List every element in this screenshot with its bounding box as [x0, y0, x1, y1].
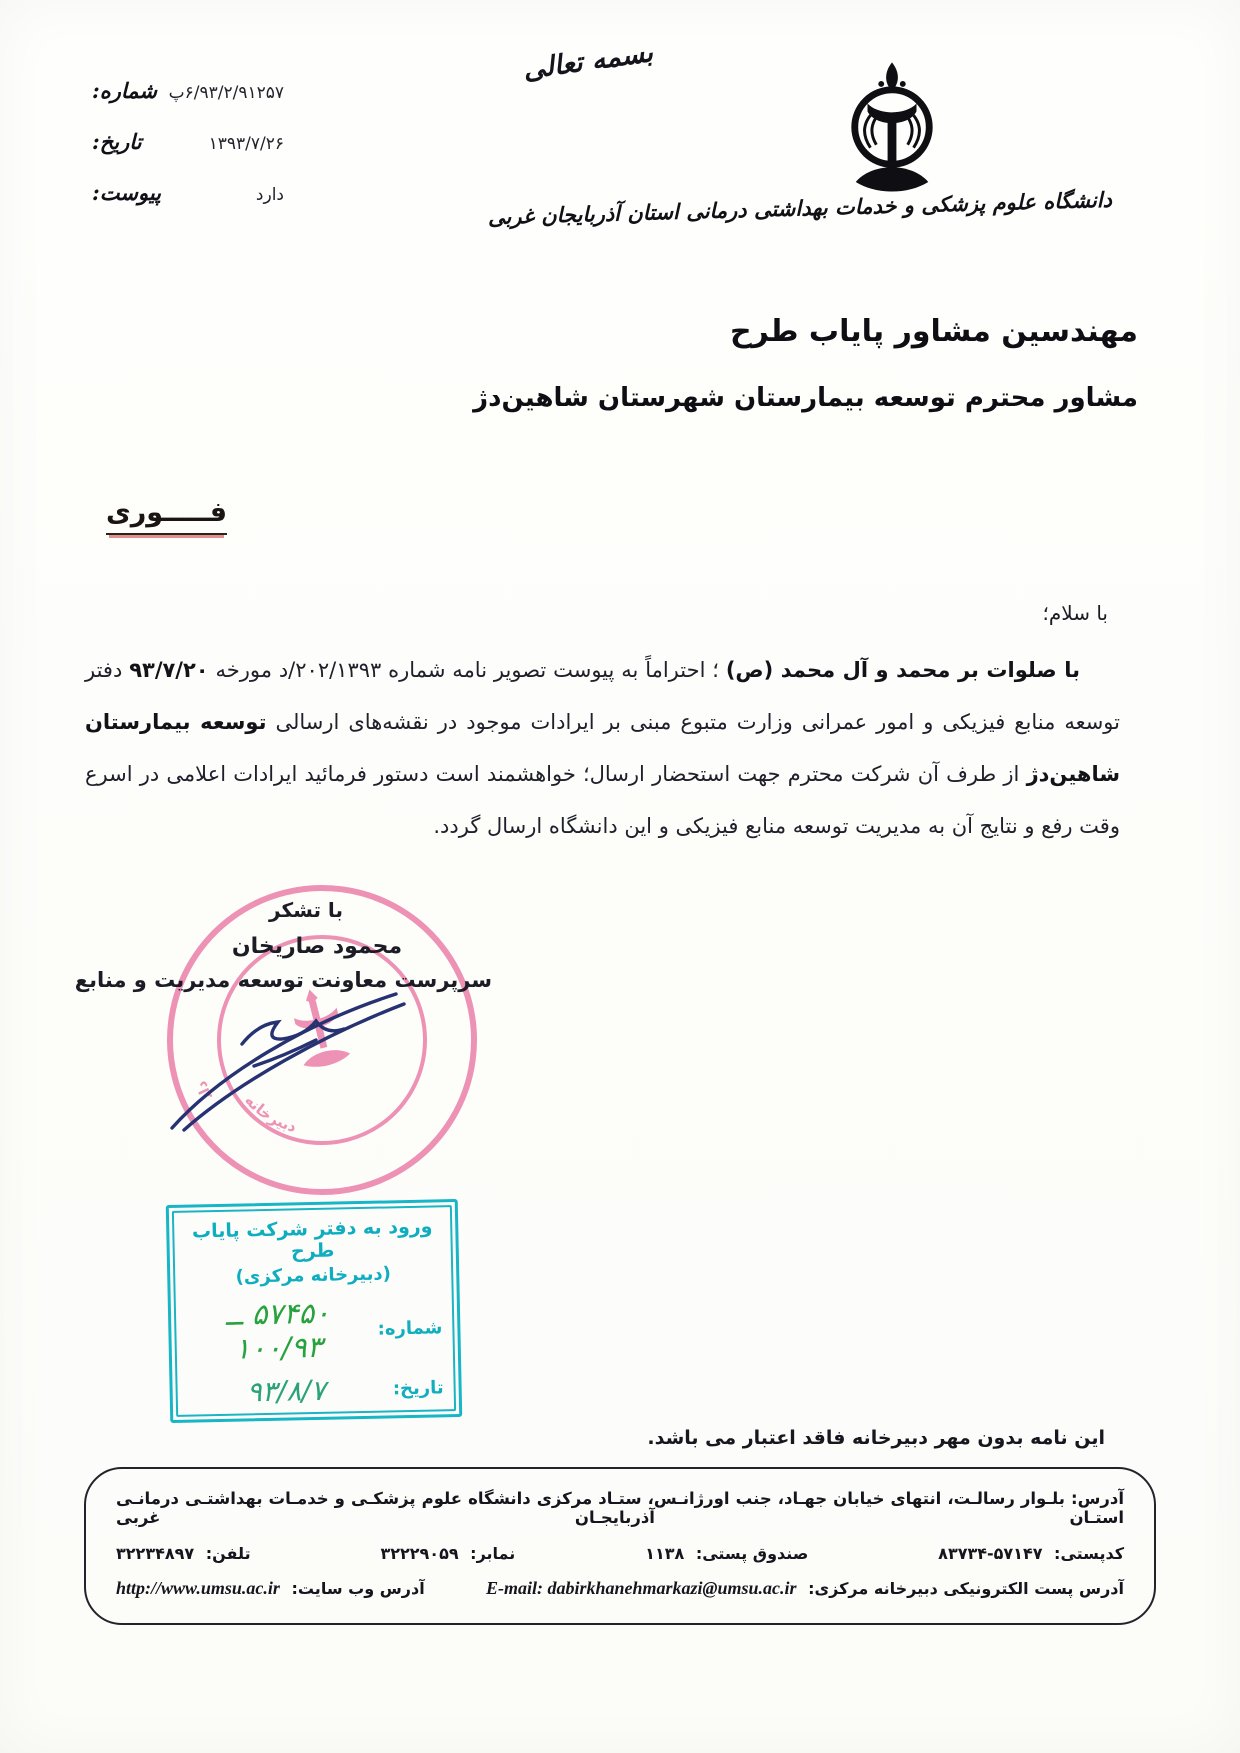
- entry-stamp-inner-border: ورود به دفتر شرکت پایاب طرح (دبیرخانه مر…: [172, 1205, 456, 1417]
- scanned-letter-page: بسمه تعالی شماره: ۶/۹۳/۲/۹۱۲۵۷پ تاریخ: ۱…: [0, 0, 1240, 1753]
- company-entry-stamp: ورود به دفتر شرکت پایاب طرح (دبیرخانه مر…: [166, 1199, 463, 1423]
- contact-row: کدپستی: ۵۷۱۴۷-۸۳۷۳۴ صندوق پستی: ۱۱۳۸ نما…: [116, 1544, 1124, 1563]
- body-salawat-bold: با صلوات بر محمد و آل محمد (ص): [726, 658, 1080, 682]
- signature-thanks: با تشکر: [142, 898, 470, 922]
- email-value: E-mail: dabirkhanehmarkazi@umsu.ac.ir: [486, 1578, 797, 1598]
- phone: تلفن: ۳۲۲۳۴۸۹۷: [116, 1544, 251, 1563]
- entry-stamp-date-row: تاریخ: ۹۳/۸/۷: [187, 1371, 444, 1409]
- website-value: http://www.umsu.ac.ir: [116, 1578, 280, 1598]
- address-label: آدرس:: [1071, 1489, 1124, 1508]
- entry-date-label: تاریخ:: [393, 1377, 444, 1399]
- recipient-role: مشاور محترم توسعه بیمارستان شهرستان شاهی…: [473, 383, 1138, 413]
- website: آدرس وب سایت: http://www.umsu.ac.ir: [116, 1578, 425, 1599]
- handwritten-signature: [158, 970, 428, 1140]
- address-value: بلـوار رسالـت، انتهای خیابان جهـاد، جنب …: [116, 1489, 1124, 1527]
- postal-code-label: کدپستی:: [1054, 1544, 1124, 1563]
- urgency-label: فـــــوری: [106, 497, 227, 535]
- body-segment-1: ؛ احتراماً به پیوست تصویر نامه شماره ۲۰۲…: [209, 658, 726, 682]
- phone-label: تلفن:: [206, 1544, 251, 1563]
- recipient-company: مهندسین مشاور پایاب طرح: [730, 314, 1138, 349]
- meta-number-label: شماره:: [92, 78, 157, 103]
- meta-date-row: تاریخ: ۱۳۹۳/۷/۲۶: [92, 129, 284, 154]
- po-box-label: صندوق پستی:: [696, 1544, 808, 1563]
- meta-attachment-label: پیوست:: [92, 180, 161, 205]
- fax-value: ۳۲۲۲۹۰۵۹: [380, 1544, 458, 1563]
- meta-attachment-value: دارد: [256, 185, 284, 205]
- meta-attachment-row: پیوست: دارد: [92, 180, 284, 205]
- meta-date-value: ۱۳۹۳/۷/۲۶: [209, 134, 284, 154]
- entry-stamp-subtitle: (دبیرخانه مرکزی): [185, 1262, 441, 1288]
- postal-code-value: ۵۷۱۴۷-۸۳۷۳۴: [938, 1544, 1042, 1563]
- bismillah-calligraphy: بسمه تعالی: [497, 34, 680, 90]
- phone-value: ۳۲۲۳۴۸۹۷: [116, 1544, 194, 1563]
- letter-body: با صلوات بر محمد و آل محمد (ص) ؛ احتراما…: [85, 644, 1120, 852]
- email: آدرس پست الکترونیکی دبیرخانه مرکزی: E-ma…: [486, 1578, 1124, 1599]
- fax-label: نمابر:: [470, 1544, 515, 1563]
- entry-stamp-number-row: شماره: ۵۷۴۵۰ ــ ۱۰۰/۹۳: [186, 1293, 443, 1366]
- meta-date-label: تاریخ:: [92, 129, 142, 154]
- entry-number-label: شماره:: [377, 1317, 442, 1339]
- signatory-name: محمود صاریخان: [142, 934, 492, 959]
- website-label: آدرس وب سایت:: [291, 1579, 424, 1598]
- meta-number-value: ۶/۹۳/۲/۹۱۲۵۷پ: [169, 83, 284, 103]
- entry-number-handwritten: ۵۷۴۵۰ ــ ۱۰۰/۹۳: [186, 1295, 371, 1367]
- letter-meta-block: شماره: ۶/۹۳/۲/۹۱۲۵۷پ تاریخ: ۱۳۹۳/۷/۲۶ پی…: [92, 78, 284, 231]
- university-medical-emblem-icon: [843, 60, 941, 202]
- online-contact-row: آدرس پست الکترونیکی دبیرخانه مرکزی: E-ma…: [116, 1578, 1124, 1599]
- validity-note: این نامه بدون مهر دبیرخانه فاقد اعتبار م…: [647, 1427, 1105, 1449]
- po-box: صندوق پستی: ۱۱۳۸: [645, 1544, 808, 1563]
- salutation: با سلام؛: [1043, 601, 1108, 625]
- body-segment-3: از طرف آن شرکت محترم جهت استحضار ارسال؛ …: [85, 762, 1120, 838]
- address-line: آدرس: بلـوار رسالـت، انتهای خیابان جهـاد…: [116, 1489, 1124, 1527]
- postal-code: کدپستی: ۵۷۱۴۷-۸۳۷۳۴: [938, 1544, 1124, 1563]
- footer-contact-box: آدرس: بلـوار رسالـت، انتهای خیابان جهـاد…: [84, 1467, 1156, 1625]
- email-label: آدرس پست الکترونیکی دبیرخانه مرکزی:: [808, 1579, 1124, 1598]
- body-reference-date: ۹۳/۷/۲۰: [129, 658, 208, 682]
- fax: نمابر: ۳۲۲۲۹۰۵۹: [380, 1544, 515, 1563]
- po-box-value: ۱۱۳۸: [645, 1544, 684, 1563]
- entry-stamp-title: ورود به دفتر شرکت پایاب طرح: [184, 1215, 441, 1264]
- entry-date-handwritten: ۹۳/۸/۷: [187, 1373, 385, 1410]
- meta-number-row: شماره: ۶/۹۳/۲/۹۱۲۵۷پ: [92, 78, 284, 103]
